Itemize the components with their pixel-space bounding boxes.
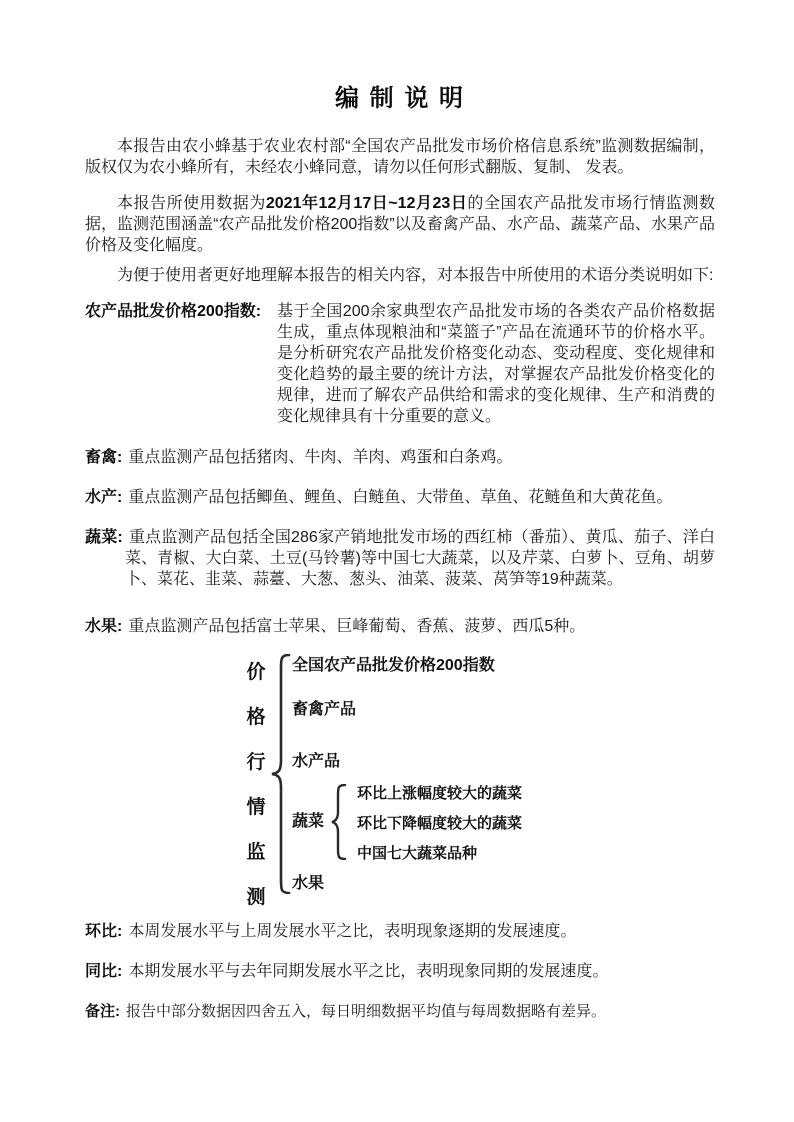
footnote-mom-label: 环比:: [85, 923, 128, 940]
diagram-item-livestock: 畜禽产品: [292, 700, 356, 719]
footnote-yoy-text: 本期发展水平与去年同期发展水平之比，表明现象同期的发展速度。: [128, 963, 608, 980]
root-char: 格: [246, 708, 265, 727]
root-char: 价: [246, 663, 265, 682]
footnote-mom: 环比:本周发展水平与上周发展水平之比，表明现象逐期的发展速度。: [85, 921, 715, 942]
definition-label: 农产品批发价格200指数:: [85, 301, 277, 427]
diagram-subitem-veg-down: 环比下降幅度较大的蔬菜: [357, 815, 522, 833]
diagram-subitem-veg-up: 环比上涨幅度较大的蔬菜: [357, 785, 522, 803]
root-char: 情: [246, 798, 265, 817]
term-livestock-text: 重点监测产品包括猪肉、牛肉、羊肉、鸡蛋和白条鸡。: [128, 449, 512, 466]
diagram-item-index200: 全国农产品批发价格200指数: [292, 656, 495, 675]
footnote-yoy-label: 同比:: [85, 963, 128, 980]
diagram-root-label: 价 格 行 情 监 测: [245, 663, 267, 907]
diagram-item-aquatic: 水产品: [292, 752, 340, 771]
data-scope-pre: 本报告所使用数据为: [117, 195, 266, 212]
paragraph-terms-intro: 为便于使用者更好地理解本报告的相关内容，对本报告中所使用的术语分类说明如下:: [85, 265, 715, 286]
definition-index200: 农产品批发价格200指数: 基于全国200余家典型农产品批发市场的各类农产品价格…: [85, 301, 715, 427]
footnote-remark-label: 备注:: [85, 1003, 126, 1020]
paragraph-copyright: 本报告由农小蜂基于农业农村部“全国农产品批发市场价格信息系统”监测数据编制，版权…: [85, 136, 715, 178]
footnote-mom-text: 本周发展水平与上周发展水平之比，表明现象逐期的发展速度。: [128, 923, 576, 940]
date-range: 2021年12月17日~12月23日: [266, 195, 468, 212]
main-brace-icon: [271, 654, 291, 894]
page-title: 编 制 说 明: [85, 84, 715, 114]
term-fruits-label: 水果:: [85, 618, 128, 635]
diagram-item-fruits: 水果: [292, 874, 324, 893]
diagram-subitem-veg-seven: 中国七大蔬菜品种: [357, 845, 477, 863]
term-aquatic-label: 水产:: [85, 489, 128, 506]
term-vegetables: 蔬菜:重点监测产品包括全国286家产销地批发市场的西红柿（番茄）、黄瓜、茄子、洋…: [85, 527, 715, 590]
term-aquatic: 水产:重点监测产品包括鲫鱼、鲤鱼、白鲢鱼、大带鱼、草鱼、花鲢鱼和大黄花鱼。: [85, 487, 715, 508]
definition-text: 基于全国200余家典型农产品批发市场的各类农产品价格数据生成，重点体现粮油和“菜…: [277, 301, 715, 427]
footnote-remark: 备注:报告中部分数据因四舍五入，每日明细数据平均值与每周数据略有差异。: [85, 1001, 715, 1022]
term-aquatic-text: 重点监测产品包括鲫鱼、鲤鱼、白鲢鱼、大带鱼、草鱼、花鲢鱼和大黄花鱼。: [128, 489, 672, 506]
term-fruits: 水果:重点监测产品包括富士苹果、巨峰葡萄、香蕉、菠萝、西瓜5种。: [85, 616, 715, 637]
term-livestock-label: 畜禽:: [85, 449, 128, 466]
footnote-remark-text: 报告中部分数据因四舍五入，每日明细数据平均值与每周数据略有差异。: [126, 1003, 606, 1020]
monitoring-structure-diagram: 价 格 行 情 监 测 全国农产品批发价格200指数 畜禽产品 水产品 蔬菜 水…: [245, 653, 715, 905]
root-char: 行: [246, 753, 265, 772]
root-char: 测: [246, 888, 265, 907]
diagram-item-vegetables: 蔬菜: [292, 812, 324, 831]
term-vegetables-label: 蔬菜:: [85, 529, 129, 546]
root-char: 监: [246, 843, 265, 862]
sub-brace-icon: [331, 784, 347, 860]
footnote-yoy: 同比:本期发展水平与去年同期发展水平之比，表明现象同期的发展速度。: [85, 961, 715, 982]
paragraph-data-scope: 本报告所使用数据为2021年12月17日~12月23日的全国农产品批发市场行情监…: [85, 193, 715, 256]
term-vegetables-text: 重点监测产品包括全国286家产销地批发市场的西红柿（番茄）、黄瓜、茄子、洋白菜、…: [125, 529, 715, 588]
document-page: 编 制 说 明 本报告由农小蜂基于农业农村部“全国农产品批发市场价格信息系统”监…: [0, 0, 794, 1122]
term-livestock: 畜禽:重点监测产品包括猪肉、牛肉、羊肉、鸡蛋和白条鸡。: [85, 447, 715, 468]
term-fruits-text: 重点监测产品包括富士苹果、巨峰葡萄、香蕉、菠萝、西瓜5种。: [128, 618, 585, 635]
